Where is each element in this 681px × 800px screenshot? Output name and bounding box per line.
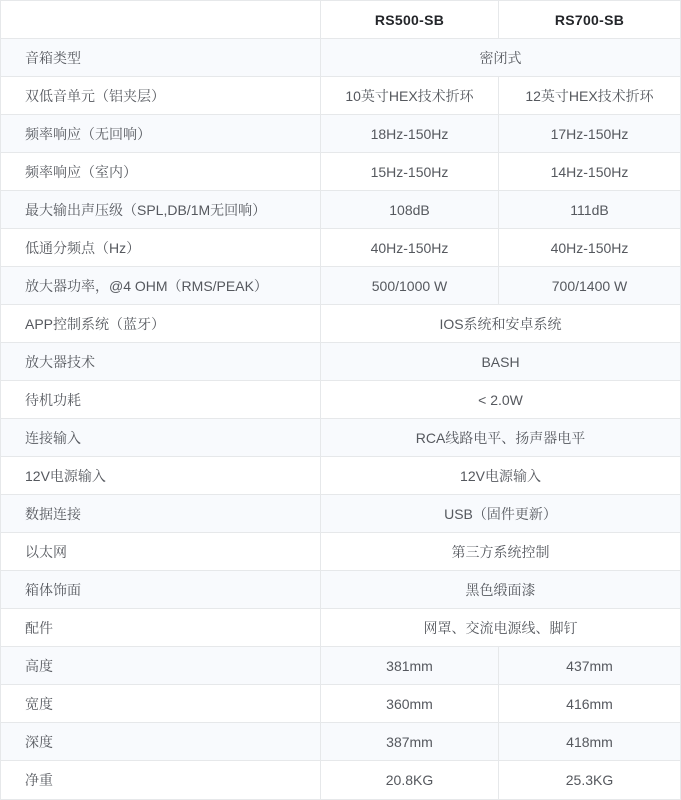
row-label: 频率响应（室内）: [1, 153, 321, 190]
row-value-merged: < 2.0W: [321, 381, 680, 418]
table-row: 深度387mm418mm: [1, 723, 680, 761]
table-body: 音箱类型密闭式双低音单元（铝夹层）10英寸HEX技术折环12英寸HEX技术折环频…: [1, 39, 680, 799]
table-row: 双低音单元（铝夹层）10英寸HEX技术折环12英寸HEX技术折环: [1, 77, 680, 115]
row-value-rs500-sb: 381mm: [321, 647, 499, 684]
table-row: 音箱类型密闭式: [1, 39, 680, 77]
row-value-rs700-sb: 12英寸HEX技术折环: [499, 77, 680, 114]
row-value-rs700-sb: 17Hz-150Hz: [499, 115, 680, 152]
row-value-rs500-sb: 18Hz-150Hz: [321, 115, 499, 152]
row-value-rs700-sb: 111dB: [499, 191, 680, 228]
table-row: 频率响应（无回响）18Hz-150Hz17Hz-150Hz: [1, 115, 680, 153]
column-header-rs700-sb: RS700-SB: [499, 1, 680, 38]
column-header-rs500-sb: RS500-SB: [321, 1, 499, 38]
row-value-merged: 第三方系统控制: [321, 533, 680, 570]
row-label: 音箱类型: [1, 39, 321, 76]
table-row: 配件网罩、交流电源线、脚钉: [1, 609, 680, 647]
table-row: 放大器功率，@4 OHM（RMS/PEAK）500/1000 W700/1400…: [1, 267, 680, 305]
table-row: 净重20.8KG25.3KG: [1, 761, 680, 799]
row-value-rs500-sb: 108dB: [321, 191, 499, 228]
row-label: 低通分频点（Hz）: [1, 229, 321, 266]
row-value-merged: 网罩、交流电源线、脚钉: [321, 609, 680, 646]
row-value-rs500-sb: 387mm: [321, 723, 499, 760]
row-value-rs700-sb: 25.3KG: [499, 761, 680, 799]
row-label: 最大输出声压级（SPL,DB/1M无回响）: [1, 191, 321, 228]
row-label: 宽度: [1, 685, 321, 722]
row-value-merged: 黑色缎面漆: [321, 571, 680, 608]
table-row: 待机功耗< 2.0W: [1, 381, 680, 419]
row-label: 频率响应（无回响）: [1, 115, 321, 152]
header-empty-cell: [1, 1, 321, 38]
row-label: 高度: [1, 647, 321, 684]
row-label: 连接输入: [1, 419, 321, 456]
row-value-rs700-sb: 418mm: [499, 723, 680, 760]
table-row: 低通分频点（Hz）40Hz-150Hz40Hz-150Hz: [1, 229, 680, 267]
row-value-rs700-sb: 14Hz-150Hz: [499, 153, 680, 190]
row-label: APP控制系统（蓝牙）: [1, 305, 321, 342]
row-value-rs500-sb: 40Hz-150Hz: [321, 229, 499, 266]
row-label: 以太网: [1, 533, 321, 570]
table-row: 高度381mm437mm: [1, 647, 680, 685]
row-value-merged: IOS系统和安卓系统: [321, 305, 680, 342]
table-row: 以太网第三方系统控制: [1, 533, 680, 571]
row-value-rs500-sb: 15Hz-150Hz: [321, 153, 499, 190]
row-label: 12V电源输入: [1, 457, 321, 494]
row-value-rs700-sb: 40Hz-150Hz: [499, 229, 680, 266]
table-row: 数据连接USB（固件更新）: [1, 495, 680, 533]
row-label: 净重: [1, 761, 321, 799]
row-label: 数据连接: [1, 495, 321, 532]
row-label: 深度: [1, 723, 321, 760]
row-value-rs500-sb: 20.8KG: [321, 761, 499, 799]
row-value-merged: 密闭式: [321, 39, 680, 76]
table-header-row: RS500-SB RS700-SB: [1, 1, 680, 39]
table-row: 宽度360mm416mm: [1, 685, 680, 723]
table-row: 频率响应（室内）15Hz-150Hz14Hz-150Hz: [1, 153, 680, 191]
table-row: 箱体饰面黑色缎面漆: [1, 571, 680, 609]
table-row: APP控制系统（蓝牙）IOS系统和安卓系统: [1, 305, 680, 343]
row-label: 箱体饰面: [1, 571, 321, 608]
row-value-rs500-sb: 500/1000 W: [321, 267, 499, 304]
row-label: 双低音单元（铝夹层）: [1, 77, 321, 114]
table-row: 连接输入RCA线路电平、扬声器电平: [1, 419, 680, 457]
table-row: 放大器技术BASH: [1, 343, 680, 381]
row-value-merged: BASH: [321, 343, 680, 380]
spec-table: RS500-SB RS700-SB 音箱类型密闭式双低音单元（铝夹层）10英寸H…: [0, 0, 681, 800]
row-value-rs700-sb: 700/1400 W: [499, 267, 680, 304]
row-label: 放大器功率，@4 OHM（RMS/PEAK）: [1, 267, 321, 304]
row-value-merged: 12V电源输入: [321, 457, 680, 494]
table-row: 12V电源输入12V电源输入: [1, 457, 680, 495]
row-value-rs500-sb: 10英寸HEX技术折环: [321, 77, 499, 114]
row-value-rs700-sb: 437mm: [499, 647, 680, 684]
row-label: 配件: [1, 609, 321, 646]
row-label: 待机功耗: [1, 381, 321, 418]
row-value-merged: RCA线路电平、扬声器电平: [321, 419, 680, 456]
row-value-rs700-sb: 416mm: [499, 685, 680, 722]
row-label: 放大器技术: [1, 343, 321, 380]
row-value-rs500-sb: 360mm: [321, 685, 499, 722]
table-row: 最大输出声压级（SPL,DB/1M无回响）108dB111dB: [1, 191, 680, 229]
row-value-merged: USB（固件更新）: [321, 495, 680, 532]
